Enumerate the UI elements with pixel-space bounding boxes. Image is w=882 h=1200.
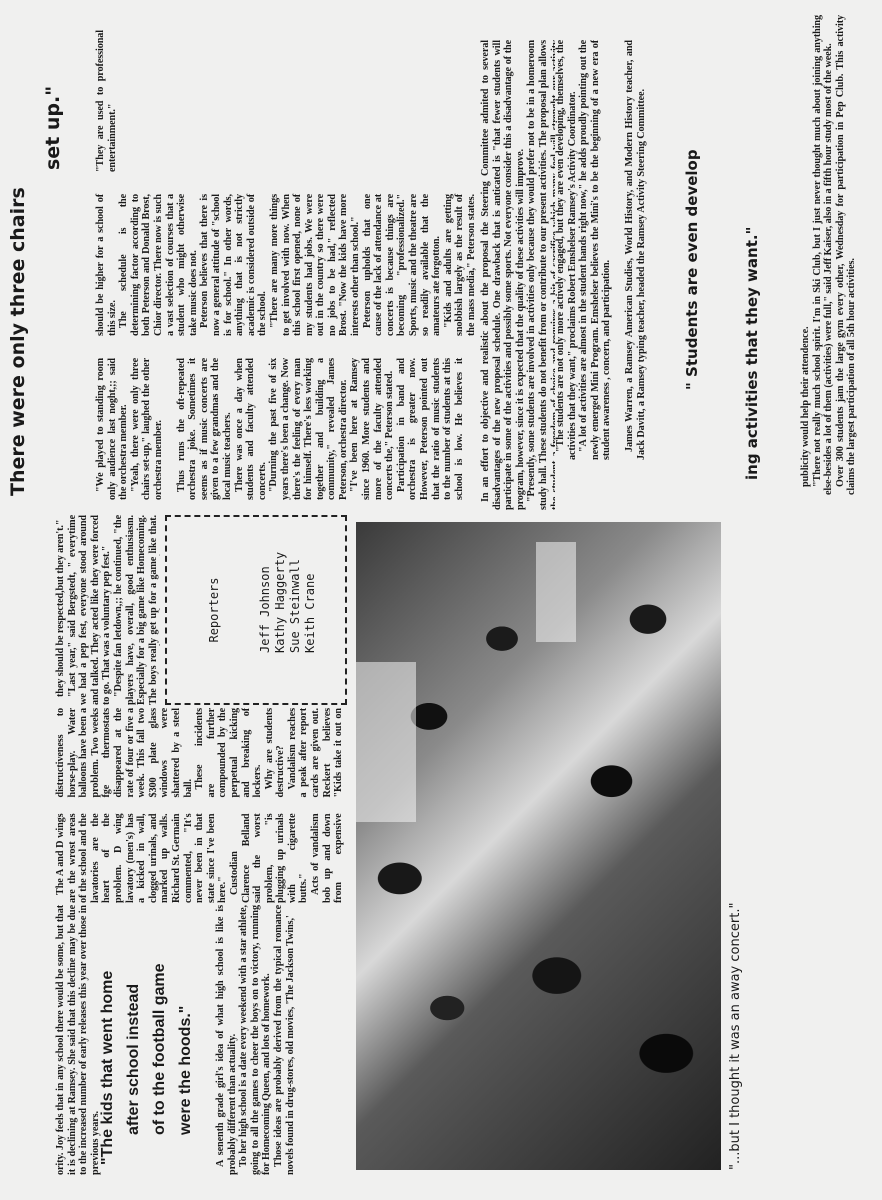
paragraph: These incidents are further compounded b… (194, 708, 264, 798)
headline-kids-line4: were the hoods." (173, 905, 199, 1175)
paragraph: Peterson upholds that one cause of the l… (362, 194, 443, 336)
headline-three-chairs: There were only three chairs set up." (8, 10, 68, 510)
paragraph: "Despite fan letdown,;; he continued, "t… (113, 515, 160, 705)
paragraph: The A and D wings are the wrost areas of… (55, 814, 229, 904)
paragraph: A senenth grade girl's idea of what high… (215, 905, 238, 1175)
reporter-name: Kathy Haggerty (273, 517, 288, 653)
paragraph: Custodian Clarence Belland said the wors… (229, 814, 310, 904)
reporter-name: Keith Crane (303, 517, 318, 653)
reporters-title: Reporters (207, 517, 222, 703)
paragraph: Peterson believes that there is now a ge… (199, 194, 269, 336)
paragraph: "Yeah, there were only three chairs set-… (130, 358, 165, 500)
headline-develop-line2: ing activities that they want." (735, 20, 769, 500)
paragraph: James Warren, a Ramsey American Studies,… (624, 40, 647, 460)
paragraph: "We played to standing room only audienc… (95, 358, 130, 500)
paragraph: Thus runs the oft-repeated orchestra jok… (176, 358, 234, 500)
article-publicity: publicity would help their attendence. "… (800, 15, 880, 495)
article-vandalism: The A and D wings are the wrost areas of… (55, 708, 345, 903)
paragraph: In an effort to objective and realistic … (480, 40, 526, 510)
headline-three-chairs-line2: set up." (43, 10, 64, 510)
headline-kids-line2: after school instead (121, 905, 147, 1175)
reporter-name: Sue Steinwall (288, 517, 303, 653)
headline-kids-went-home: "The kids that went home after school in… (95, 905, 215, 1175)
paragraph: There was once a day when students and f… (234, 358, 269, 500)
paragraph: "Last year," said Bergstedt, " everytime… (67, 515, 113, 705)
paragraph: "A lot of activities are almost in the s… (578, 40, 613, 460)
paragraph: "The students are not only more actively… (555, 40, 578, 460)
paragraph: Why are students destructive? (264, 708, 287, 798)
photo-caption: "...but I thought it was an away concert… (722, 840, 750, 1170)
paragraph: "There are many more things to get invol… (269, 194, 362, 336)
article-steering-committee: In an effort to objective and realistic … (480, 40, 555, 510)
photo-caption-text: "...but I thought it was an away concert… (722, 840, 750, 1170)
paragraph: Those ideas are probably derived from th… (273, 905, 296, 1175)
paragraph: Over 300 students jam the large gym ever… (835, 15, 858, 495)
headline-three-chairs-line1: There were only three chairs (8, 10, 29, 510)
reporter-name: Jeff Johnson (258, 517, 273, 653)
headline-students-develop: " Students are even develop ing activiti… (675, 20, 795, 500)
article-orchestra: "We played to standing room only audienc… (95, 30, 485, 500)
paragraph: "There not really much school spirit. I'… (812, 15, 835, 495)
paragraph: To her high school is a date every weeke… (238, 905, 273, 1175)
reporters-box: Reporters Jeff Johnson Kathy Haggerty Su… (165, 515, 347, 705)
paragraph: they should be respected,but they aren't… (55, 515, 67, 705)
concert-photo (356, 522, 721, 1170)
paragraph: "I've been here at Ramsey since 1960. Mo… (349, 358, 395, 500)
paragraph: "Durning the past five of six years ther… (268, 358, 349, 500)
article-seventh-grade: A senenth grade girl's idea of what high… (215, 905, 345, 1175)
headline-develop-line1: " Students are even develop (675, 20, 709, 500)
paragraph: publicity would help their attendence. (800, 15, 812, 495)
headline-kids-line3: of to the football game (147, 905, 173, 1175)
paragraph: The schedule is the determining factor a… (118, 194, 199, 336)
article-pep-fest: they should be respected,but they aren't… (55, 515, 160, 705)
headline-kids-line1: "The kids that went home (95, 905, 121, 1175)
article-activity-coordinator: "The students are not only more actively… (555, 40, 670, 500)
paragraph: "Presently, some students are involved i… (526, 40, 555, 510)
